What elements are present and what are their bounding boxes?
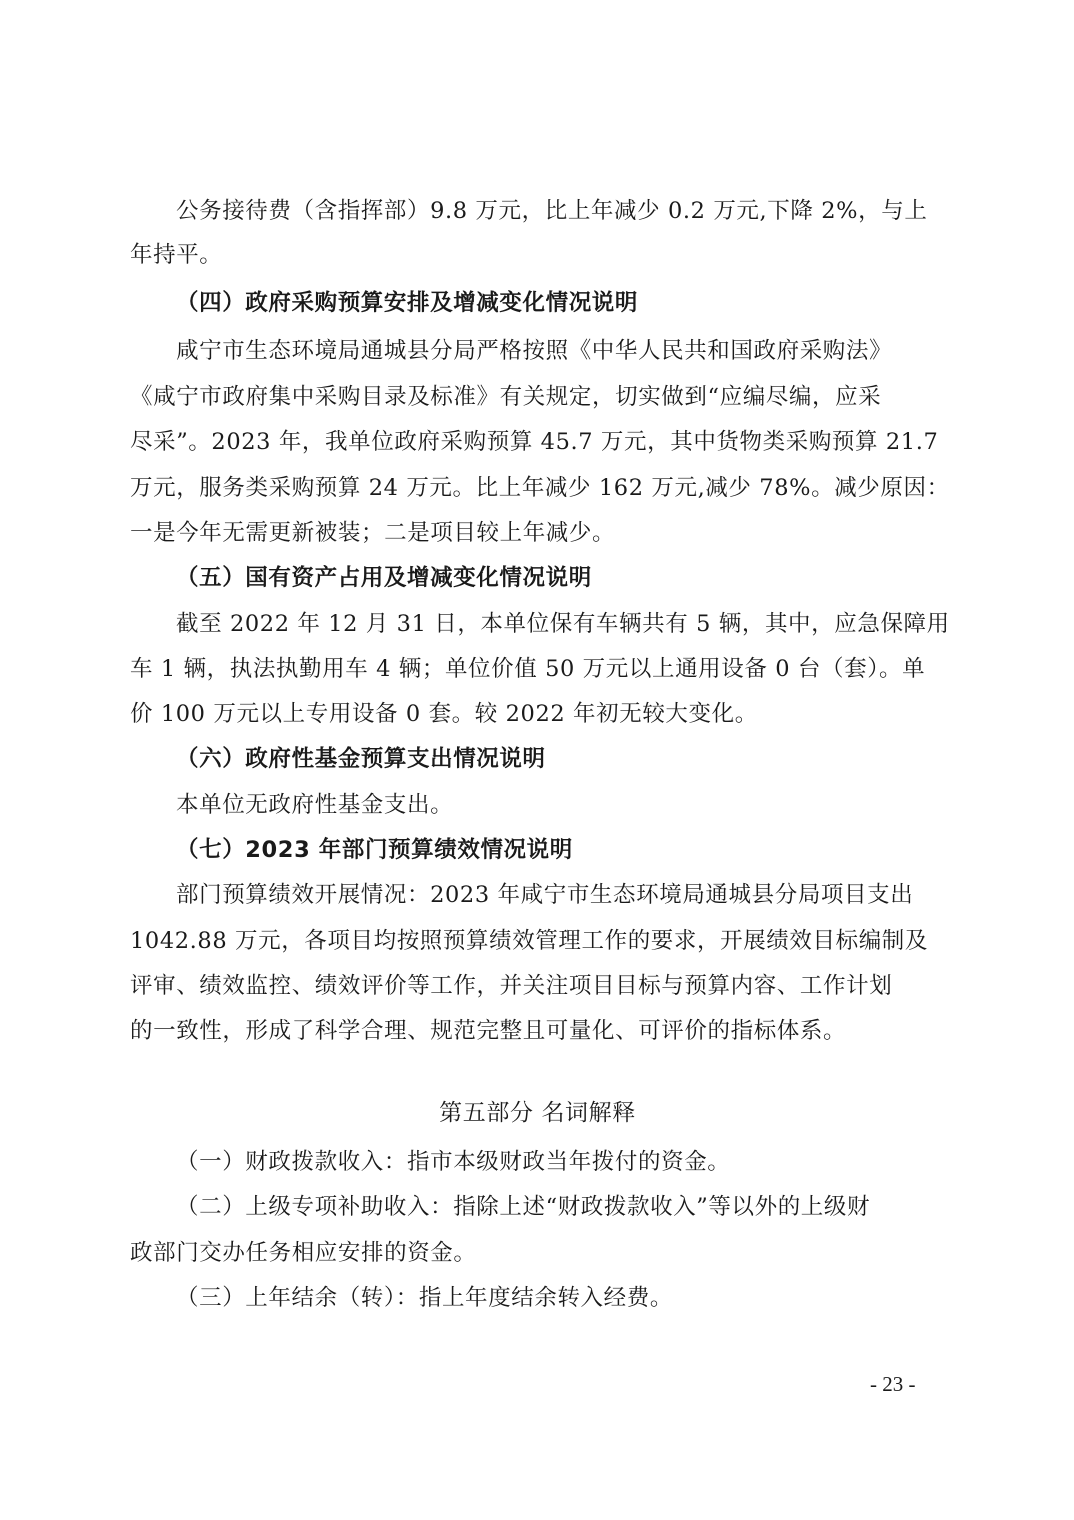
glossary-item: （一）财政拨款收入：指市本级财政当年拨付的资金。 xyxy=(176,1147,730,1177)
paragraph-line: 的一致性，形成了科学合理、规范完整且可量化、可评价的指标体系。 xyxy=(130,1016,846,1046)
paragraph-line: 截至 2022 年 12 月 31 日，本单位保有车辆共有 5 辆，其中，应急保… xyxy=(176,609,950,639)
paragraph-line: 部门预算绩效开展情况：2023 年咸宁市生态环境局通城县分局项目支出 xyxy=(176,880,913,910)
paragraph-line: 年持平。 xyxy=(130,240,222,270)
section-heading-4: （四）政府采购预算安排及增减变化情况说明 xyxy=(176,288,638,318)
section-heading-7: （七）2023 年部门预算绩效情况说明 xyxy=(176,835,573,865)
page-number: - 23 - xyxy=(870,1372,916,1397)
paragraph-line: 一是今年无需更新被装；二是项目较上年减少。 xyxy=(130,518,615,548)
glossary-item: （三）上年结余（转）：指上年度结余转入经费。 xyxy=(176,1283,673,1313)
paragraph-line: 尽采”。2023 年，我单位政府采购预算 45.7 万元，其中货物类采购预算 2… xyxy=(130,427,938,457)
part-title: 第五部分 名词解释 xyxy=(130,1098,945,1128)
paragraph-line: 价 100 万元以上专用设备 0 套。较 2022 年初无较大变化。 xyxy=(130,699,758,729)
paragraph-line: 评审、绩效监控、绩效评价等工作，并关注项目目标与预算内容、工作计划 xyxy=(130,971,892,1001)
glossary-item: （二）上级专项补助收入：指除上述“财政拨款收入”等以外的上级财 xyxy=(176,1192,870,1222)
paragraph-line: 万元，服务类采购预算 24 万元。比上年减少 162 万元,减少 78%。减少原… xyxy=(130,473,950,503)
paragraph-line: 咸宁市生态环境局通城县分局严格按照《中华人民共和国政府采购法》 xyxy=(176,336,892,366)
glossary-item-continued: 政部门交办任务相应安排的资金。 xyxy=(130,1238,477,1268)
paragraph-line: 《咸宁市政府集中采购目录及标准》有关规定，切实做到“应编尽编，应采 xyxy=(130,382,881,412)
paragraph-line: 公务接待费（含指挥部）9.8 万元，比上年减少 0.2 万元,下降 2%，与上 xyxy=(176,196,927,226)
section-heading-5: （五）国有资产占用及增减变化情况说明 xyxy=(176,563,592,593)
paragraph-line: 本单位无政府性基金支出。 xyxy=(176,790,453,820)
section-heading-6: （六）政府性基金预算支出情况说明 xyxy=(176,744,546,774)
paragraph-line: 1042.88 万元，各项目均按照预算绩效管理工作的要求，开展绩效目标编制及 xyxy=(130,926,928,956)
paragraph-line: 车 1 辆，执法执勤用车 4 辆；单位价值 50 万元以上通用设备 0 台（套）… xyxy=(130,654,925,684)
